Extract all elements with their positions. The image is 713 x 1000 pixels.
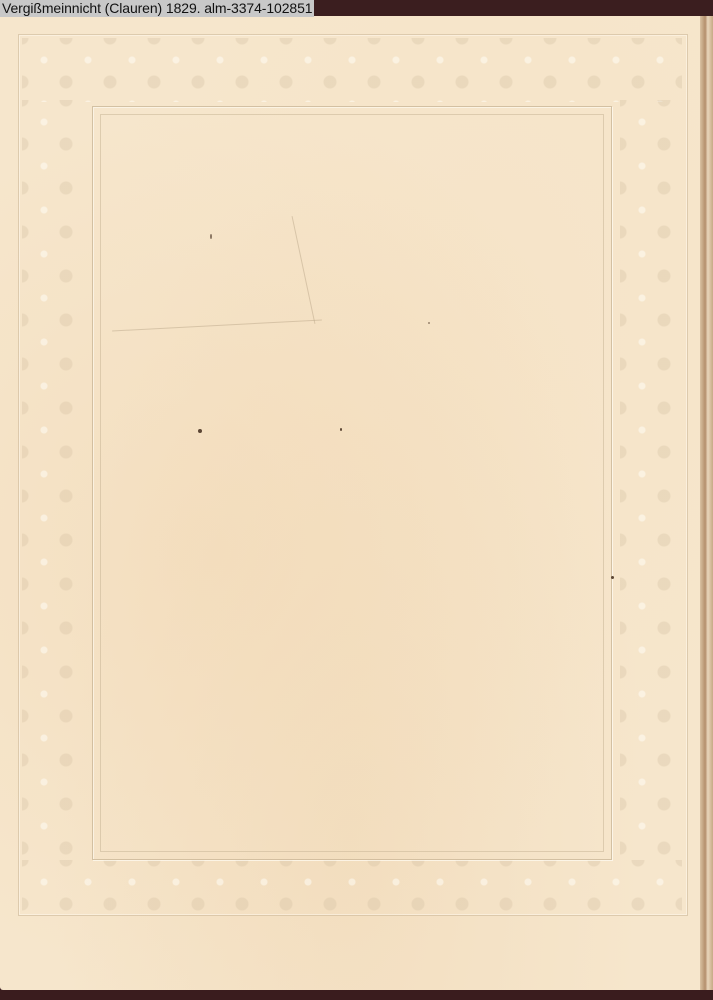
palmette-icon	[22, 38, 682, 102]
foxing-spot	[428, 322, 430, 324]
page-edge	[700, 16, 713, 990]
foxing-spot	[210, 234, 212, 239]
image-caption-label: Vergißmeinnicht (Clauren) 1829. alm-3374…	[0, 0, 314, 17]
scroll-icon	[620, 100, 682, 860]
foxing-spot	[340, 428, 342, 431]
blank-content-area	[108, 122, 594, 842]
vine-icon	[22, 100, 82, 860]
foxing-spot	[611, 576, 614, 579]
garland-icon	[22, 860, 682, 912]
foxing-spot	[198, 429, 202, 433]
